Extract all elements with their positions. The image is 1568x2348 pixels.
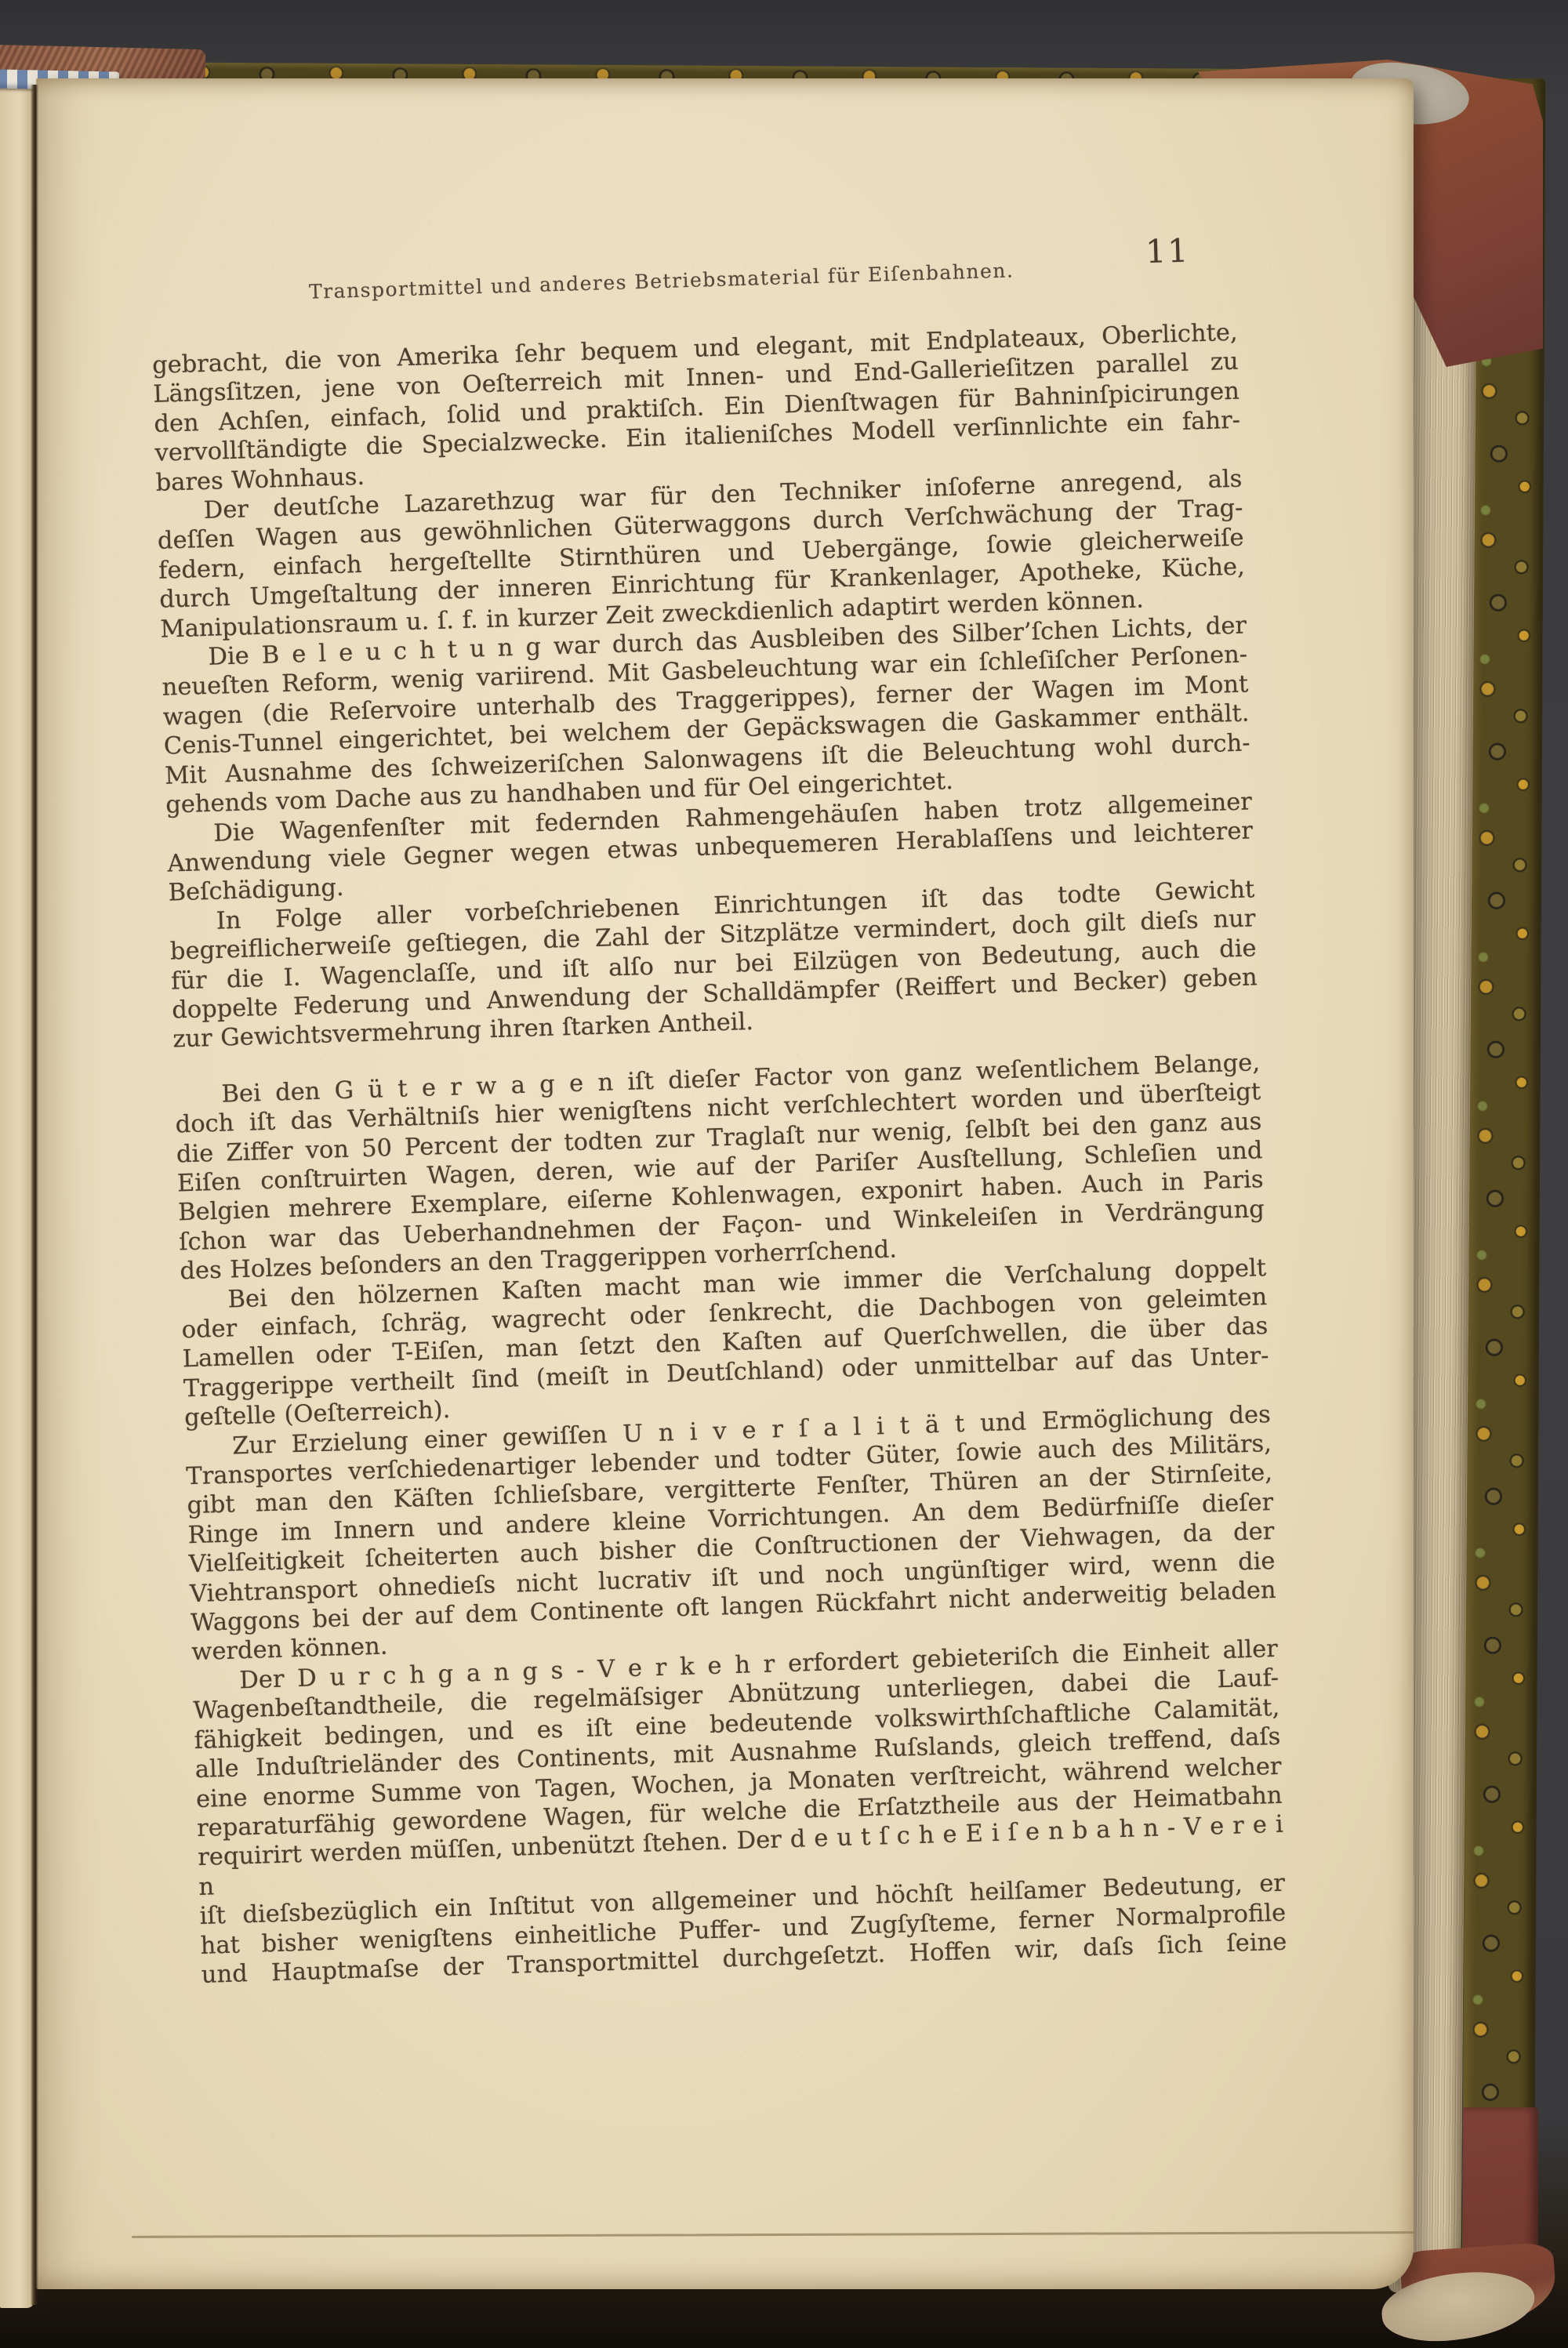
gutter-shadow (31, 85, 38, 2305)
paragraph: Der D u r c h g a n g s - V e r k e h r … (192, 1635, 1287, 1991)
paragraph: Die B e l e u c h t u n g war durch das … (161, 611, 1251, 821)
paragraph: Bei den G ü t e r w a g e n iſt dieſer F… (174, 1048, 1265, 1287)
paragraph: Zur Erzielung einer gewiſſen U n i v e r… (185, 1400, 1277, 1668)
page-number: 11 (1145, 231, 1190, 270)
body-text: gebracht, die von Amerika ſehr bequem un… (152, 318, 1287, 1991)
page-header-row: Transportmittel und anderes Betriebsmate… (150, 243, 1236, 318)
running-header: Transportmittel und anderes Betriebsmate… (150, 243, 1236, 318)
facing-page-strip (0, 83, 34, 2308)
page-text-block: Transportmittel und anderes Betriebsmate… (149, 226, 1287, 1991)
